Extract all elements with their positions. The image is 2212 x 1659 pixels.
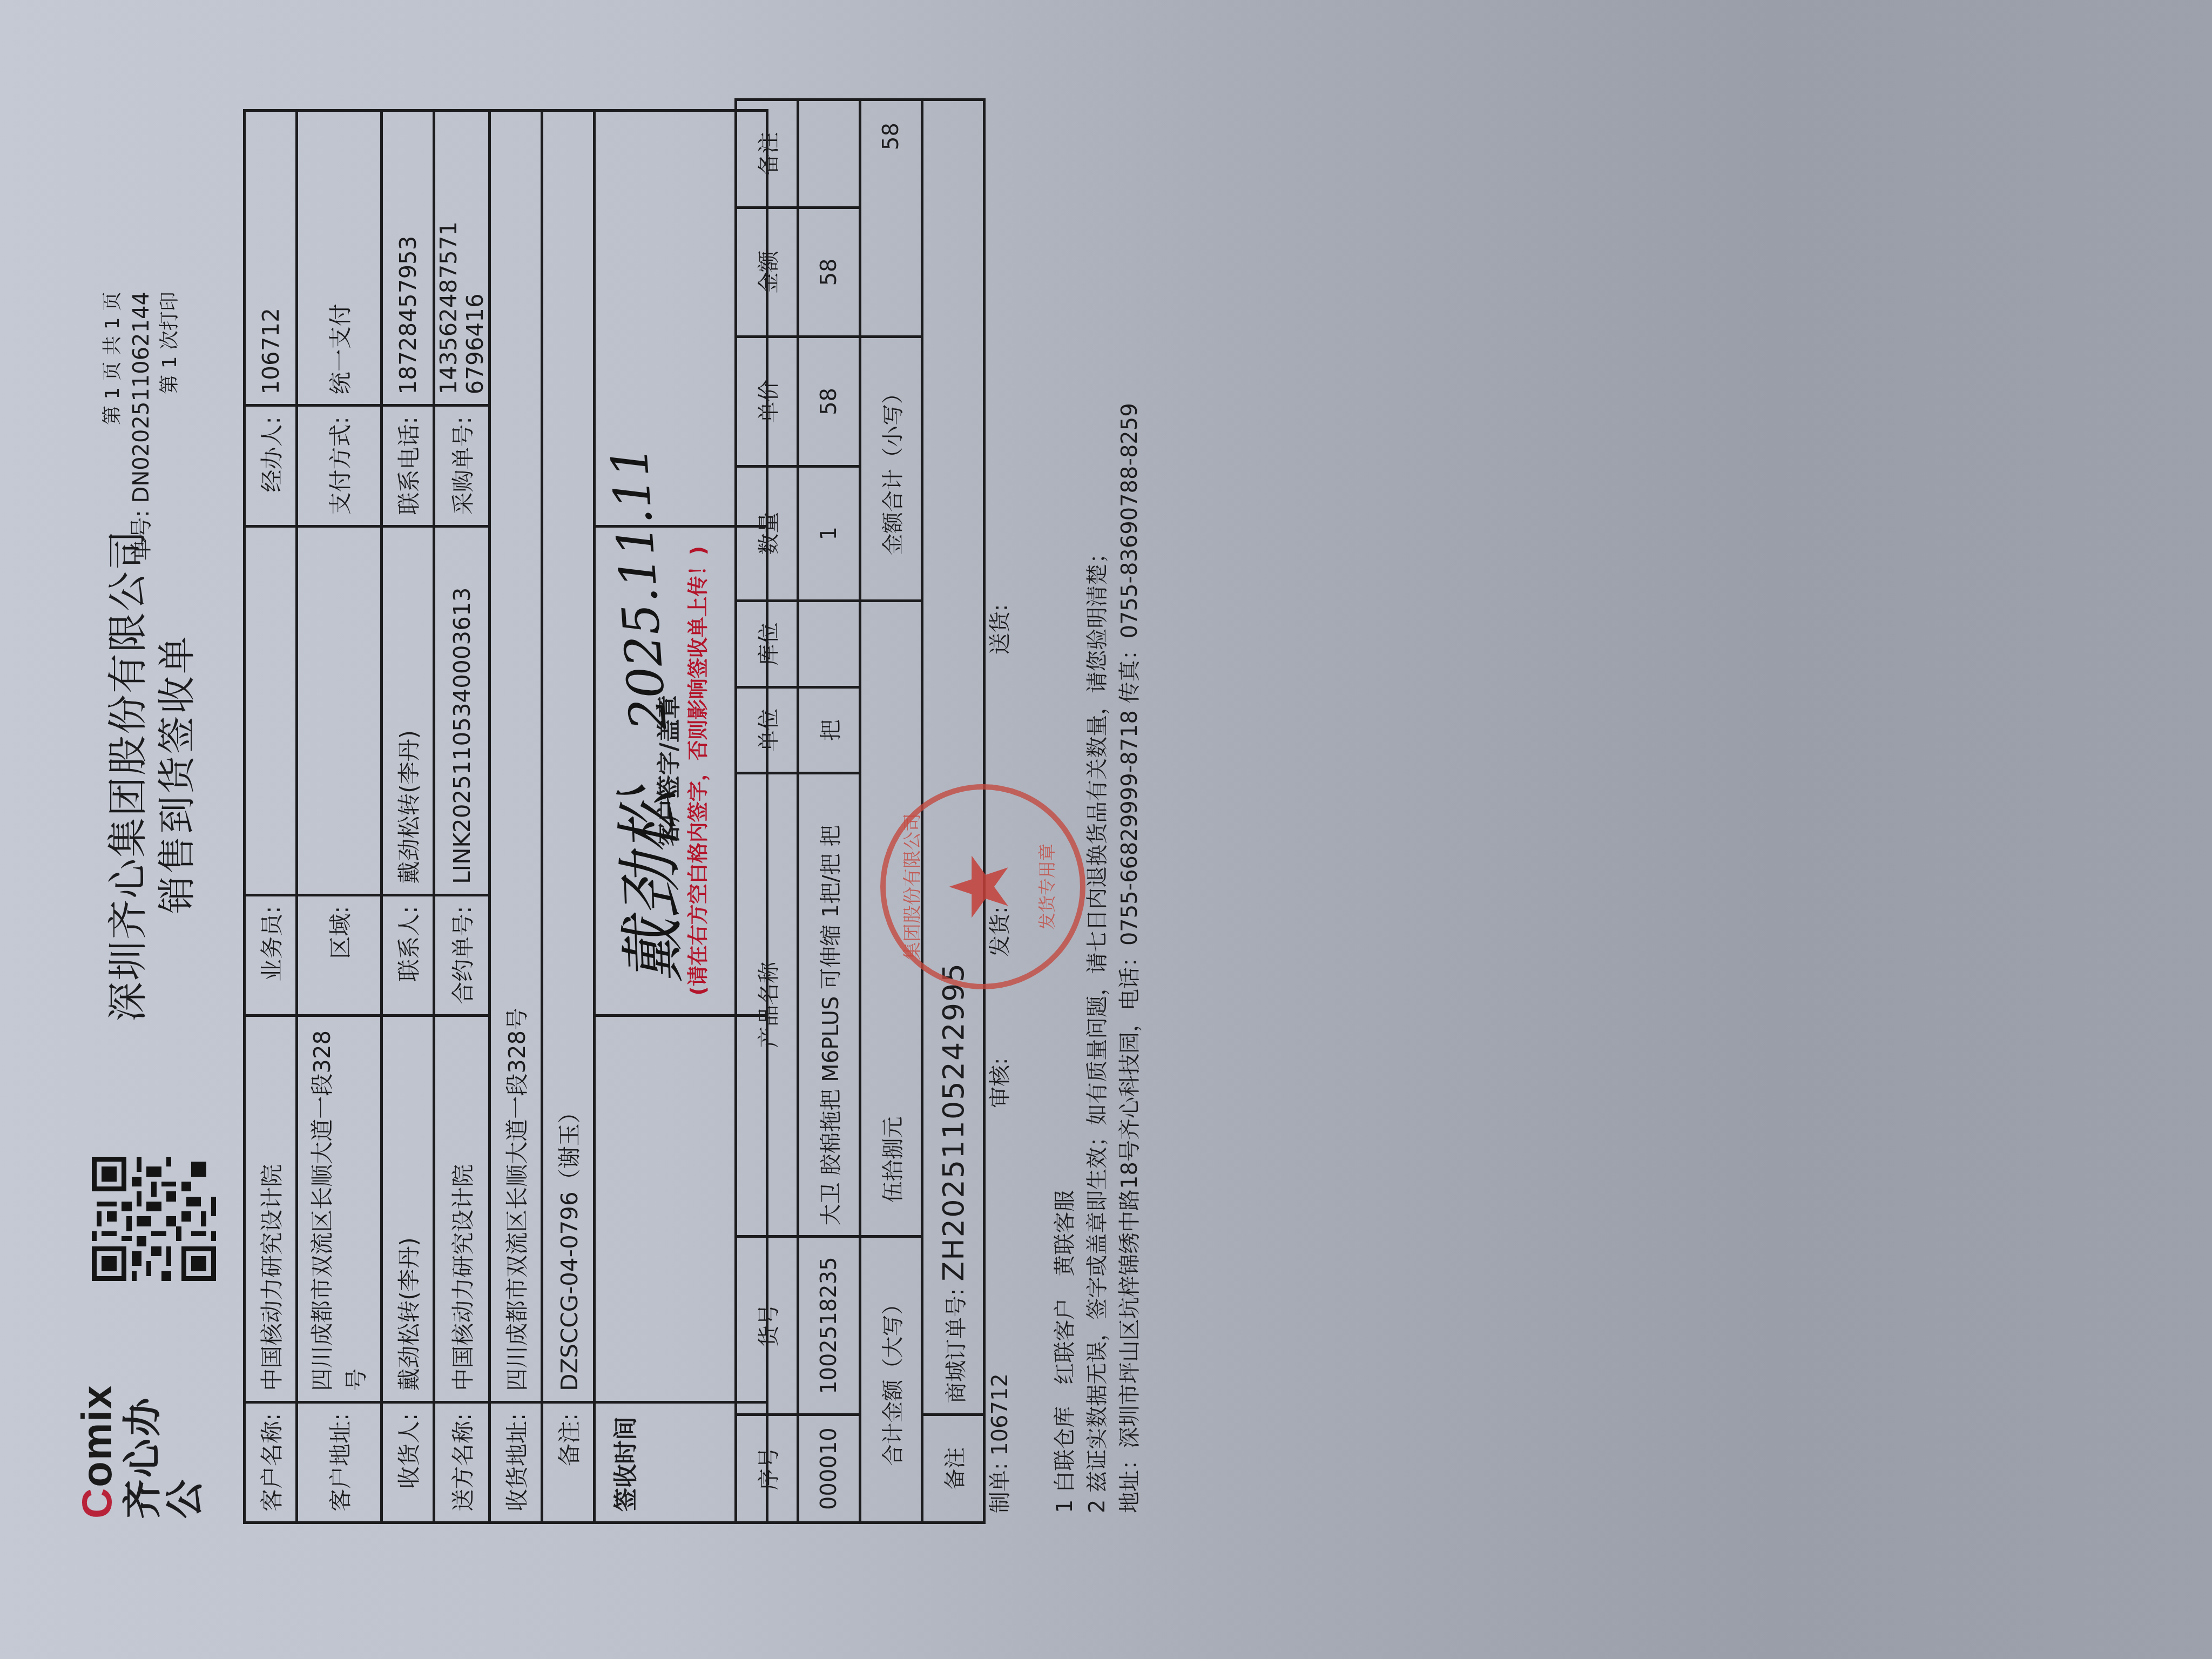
phone-value: 18728457953 bbox=[382, 111, 434, 406]
footer-copy-note: 1 白联仓库 红联客户 黄联客服 bbox=[1048, 1190, 1078, 1513]
salesperson-label: 业务员: bbox=[245, 895, 297, 1015]
item-qty: 1 bbox=[798, 466, 860, 601]
maker-value: 106712 bbox=[988, 1373, 1013, 1456]
maker-label: 制单: bbox=[988, 1463, 1013, 1513]
item-seq: 000010 bbox=[798, 1415, 860, 1523]
handler-label: 经办人: bbox=[245, 406, 297, 526]
ship-to-name-label: 送方名称: bbox=[434, 1402, 490, 1522]
purchase-no-value: 143562487571 6796416 bbox=[434, 111, 490, 406]
column-header: 备注 bbox=[736, 100, 798, 208]
item-price: 58 bbox=[798, 337, 860, 466]
delivery-receipt-document: Comix 齐心办公 深圳齐心集团股份有限公司 销售到货签收单 第 1 页 共 … bbox=[0, 0, 2212, 1659]
salesperson-value bbox=[245, 526, 297, 895]
maker: 制单: 106712 bbox=[983, 1373, 1014, 1513]
note-label: 备注 bbox=[922, 1415, 984, 1523]
info-row: 送方名称: 中国核动力研究设计院 合约单号: LINK2025110534000… bbox=[434, 111, 490, 1523]
mall-order: 商城订单号: ZH20251105242995 bbox=[922, 100, 984, 1415]
info-row: 备注: DZSCCG-04-0796（谢玉） bbox=[542, 111, 595, 1523]
purchase-no-label: 采购单号: bbox=[434, 406, 490, 526]
document-title: 销售到货签收单 bbox=[147, 634, 201, 914]
receiver-label: 收货人: bbox=[382, 1402, 434, 1522]
qr-code-icon bbox=[92, 1157, 216, 1281]
contact-label: 联系人: bbox=[382, 895, 434, 1015]
column-header: 金额 bbox=[736, 207, 798, 336]
info-row: 收货地址: 四川成都市双流区长顺大道一段328号 bbox=[490, 111, 542, 1523]
comix-logo: Comix 齐心办公 bbox=[76, 1389, 206, 1519]
column-header: 库位 bbox=[736, 601, 798, 687]
region-value bbox=[297, 526, 382, 895]
logo-wordmark: Comix bbox=[76, 1389, 118, 1519]
item-remark bbox=[798, 100, 860, 208]
table-row: 000010 1002518235 大卫 胶棉拖把 M6PLUS 可伸缩 1把/… bbox=[798, 100, 860, 1523]
column-header: 产品名称 bbox=[736, 773, 798, 1237]
document-number: 单号: DN0202511062144 bbox=[124, 292, 155, 561]
company-name: 深圳齐心集团股份有限公司 bbox=[96, 529, 153, 1022]
contact-value: 戴劲松转(李丹) bbox=[382, 526, 434, 895]
footer-terms: 2 兹证实数据无误，签字或盖章即生效；如有质量问题，请七日内退换货品有关数量，请… bbox=[1080, 542, 1111, 1513]
handler-value: 106712 bbox=[245, 111, 297, 406]
company-seal: 集团股份有限公司 ★ 发货专用章 bbox=[880, 784, 1085, 989]
customer-address-label: 客户地址: bbox=[297, 1402, 382, 1522]
ship-to-name-value: 中国核动力研究设计院 bbox=[434, 1015, 490, 1402]
total-lower-label: 金额合计（小写） bbox=[860, 337, 922, 601]
region-label: 区域: bbox=[297, 895, 382, 1015]
info-row: 客户名称: 中国核动力研究设计院 业务员: 经办人: 106712 bbox=[245, 111, 297, 1523]
payment-value: 统一支付 bbox=[297, 111, 382, 406]
info-row: 客户地址: 四川成都市双流区长顺大道一段328号 区域: 支付方式: 统一支付 bbox=[297, 111, 382, 1523]
delivery-address-value: 四川成都市双流区长顺大道一段328号 bbox=[490, 111, 542, 1402]
item-unit: 把 bbox=[798, 687, 860, 773]
delivery-label: 送货: bbox=[983, 604, 1014, 655]
column-header: 货号 bbox=[736, 1237, 798, 1415]
handwritten-signature: 戴劲松 bbox=[596, 788, 696, 986]
document-number-value: DN0202511062144 bbox=[129, 292, 154, 503]
remark-label: 备注: bbox=[542, 1402, 595, 1522]
item-sku: 1002518235 bbox=[798, 1237, 860, 1415]
print-count: 第 1 次打印 bbox=[154, 292, 182, 394]
remark-value: DZSCCG-04-0796（谢玉） bbox=[542, 111, 595, 1402]
items-header-row: 序号 货号 产品名称 单位 库位 数量 单价 金额 备注 bbox=[736, 100, 798, 1523]
reviewer-label: 审核: bbox=[983, 1058, 1014, 1108]
item-location bbox=[798, 601, 860, 687]
logo-chinese: 齐心办公 bbox=[121, 1389, 206, 1519]
item-name: 大卫 胶棉拖把 M6PLUS 可伸缩 1把/把 把 bbox=[798, 773, 860, 1237]
mall-order-label: 商城订单号: bbox=[944, 1289, 969, 1404]
column-header: 单位 bbox=[736, 687, 798, 773]
footer-address: 地址：深圳市坪山区坑梓锦绣中路18号齐心科技园，电话：0755-66829999… bbox=[1112, 403, 1143, 1513]
phone-label: 联系电话: bbox=[382, 406, 434, 526]
payment-label: 支付方式: bbox=[297, 406, 382, 526]
logo-wordmark-tail: omix bbox=[73, 1385, 120, 1487]
mall-order-value: ZH20251105242995 bbox=[936, 962, 970, 1282]
delivery-address-label: 收货地址: bbox=[490, 1402, 542, 1522]
contract-no-label: 合约单号: bbox=[434, 895, 490, 1015]
column-header: 单价 bbox=[736, 337, 798, 466]
contract-no-value: LINK20251105340003613 bbox=[434, 526, 490, 895]
document-number-label: 单号: bbox=[129, 510, 154, 560]
total-upper-label: 合计金额（大写） bbox=[860, 1237, 922, 1523]
column-header: 数量 bbox=[736, 466, 798, 601]
receiver-value: 戴劲松转(李丹) bbox=[382, 1015, 434, 1402]
seal-bottom-text: 发货专用章 bbox=[1034, 800, 1058, 973]
shipper-label: 发货: bbox=[983, 907, 1014, 957]
customer-address-value: 四川成都市双流区长顺大道一段328号 bbox=[297, 1015, 382, 1402]
column-header: 序号 bbox=[736, 1415, 798, 1523]
item-amount: 58 bbox=[798, 207, 860, 336]
customer-name-value: 中国核动力研究设计院 bbox=[245, 1015, 297, 1402]
total-lower-value: 58 bbox=[860, 100, 922, 337]
info-row: 收货人: 戴劲松转(李丹) 联系人: 戴劲松转(李丹) 联系电话: 187284… bbox=[382, 111, 434, 1523]
page-info: 第 1 页 共 1 页 bbox=[97, 292, 125, 425]
seal-ring-text: 集团股份有限公司 bbox=[898, 800, 924, 973]
customer-name-label: 客户名称: bbox=[245, 1402, 297, 1522]
